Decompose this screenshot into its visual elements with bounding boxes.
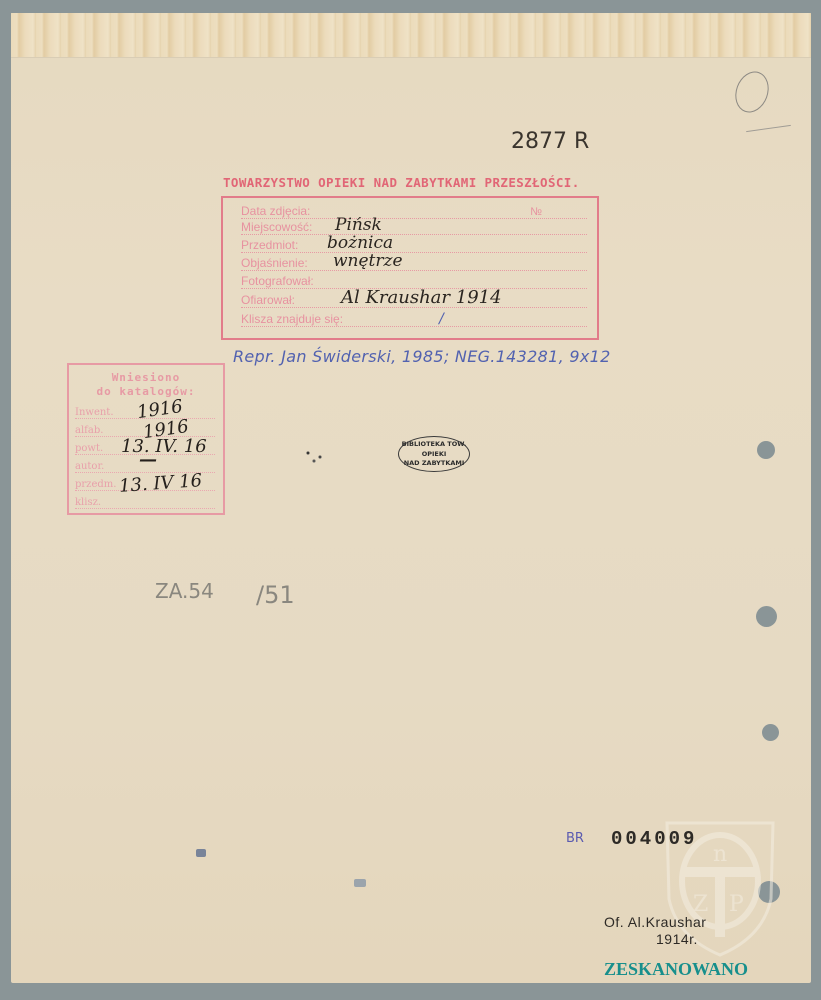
ink-smudge xyxy=(354,879,366,887)
catalog-row: alfab. 1916 xyxy=(75,421,215,437)
catalog-row-label: autor. xyxy=(75,461,104,472)
field-label: Objaśnienie: xyxy=(241,256,308,270)
field-value-negative: / xyxy=(439,311,444,327)
field-row-subject: Przedmiot: bożnica xyxy=(241,236,587,253)
catalog-stamp-title-1: Wniesiono xyxy=(69,371,223,384)
catalog-row-value: — xyxy=(139,449,157,470)
scanned-stamp: ZESKANOWANO xyxy=(604,959,748,980)
field-row-description: Objaśnienie: wnętrze xyxy=(241,254,587,271)
pencil-circle-mark xyxy=(730,67,774,117)
catalog-row-label: Inwent. xyxy=(75,407,114,418)
punch-hole xyxy=(756,606,777,627)
field-label: Przedmiot: xyxy=(241,238,298,252)
ink-smudge xyxy=(196,849,206,857)
catalog-row-value: 13. IV. 16 xyxy=(121,436,207,457)
field-label: Fotografował: xyxy=(241,274,314,288)
pencil-shelfmark: ZA.54 xyxy=(155,579,214,603)
field-value-description: wnętrze xyxy=(333,251,403,271)
field-row-donor: Ofiarował: Al Kraushar 1914 xyxy=(241,291,587,308)
pencil-stroke xyxy=(746,125,791,132)
catalog-row: klisz. xyxy=(75,493,215,509)
library-oval-stamp: BIBLIOTEKA TOW. OPIEKI NAD ZABYTKAMI xyxy=(398,436,470,472)
field-row-negative: Klisza znajduje się: / xyxy=(241,310,587,327)
svg-text:P: P xyxy=(729,892,744,917)
number-label: № xyxy=(530,206,542,218)
field-label: Miejscowość: xyxy=(241,220,312,234)
donor-line-2: 1914r. xyxy=(656,931,698,947)
catalog-number: 2877 R xyxy=(511,129,589,154)
field-row-place: Miejscowość: Pińsk xyxy=(241,218,587,235)
field-value-place: Pińsk xyxy=(335,215,382,235)
punch-hole xyxy=(757,441,775,459)
catalog-row: Inwent. 1916 xyxy=(75,403,215,419)
paper-tape-strip xyxy=(11,13,811,58)
field-label: Klisza znajduje się: xyxy=(241,312,343,326)
pencil-shelfmark-suffix: /51 xyxy=(256,581,295,609)
catalog-row: przedm. 13. IV 16 xyxy=(75,475,215,491)
field-value-donor: Al Kraushar 1914 xyxy=(341,287,502,308)
field-label: Ofiarował: xyxy=(241,293,295,307)
field-row-date: Data zdjęcia: № xyxy=(241,202,587,219)
library-stamp-line: BIBLIOTEKA TOW. xyxy=(399,439,469,449)
library-stamp-line: NAD ZABYTKAMI xyxy=(399,458,469,468)
field-label: Data zdjęcia: xyxy=(241,204,310,218)
catalog-row-label: klisz. xyxy=(75,497,101,508)
catalog-row-label: alfab. xyxy=(75,425,103,436)
reproduction-note: Repr. Jan Świderski, 1985; NEG.143281, 9… xyxy=(233,347,611,366)
catalog-row-label: przedm. xyxy=(75,479,116,490)
punch-hole xyxy=(762,724,779,741)
stamp-heading: TOWARZYSTWO OPIEKI NAD ZABYTKAMI PRZESZŁ… xyxy=(223,175,580,190)
catalog-stamp-title-2: do katalogów: xyxy=(69,385,223,398)
field-value-subject: bożnica xyxy=(327,233,393,253)
archive-photo-card-back: 2877 R TOWARZYSTWO OPIEKI NAD ZABYTKAMI … xyxy=(11,13,811,983)
photo-record-stamp: Data zdjęcia: № Miejscowość: Pińsk Przed… xyxy=(221,196,599,340)
catalog-row-label: powt. xyxy=(75,443,103,454)
catalog-entry-stamp: Wniesiono do katalogów: Inwent. 1916 alf… xyxy=(67,363,225,515)
svg-text:n: n xyxy=(713,842,727,867)
br-label: BR xyxy=(566,831,584,846)
ink-speckles xyxy=(299,445,329,465)
donor-line-1: Of. Al.Kraushar xyxy=(604,914,706,930)
